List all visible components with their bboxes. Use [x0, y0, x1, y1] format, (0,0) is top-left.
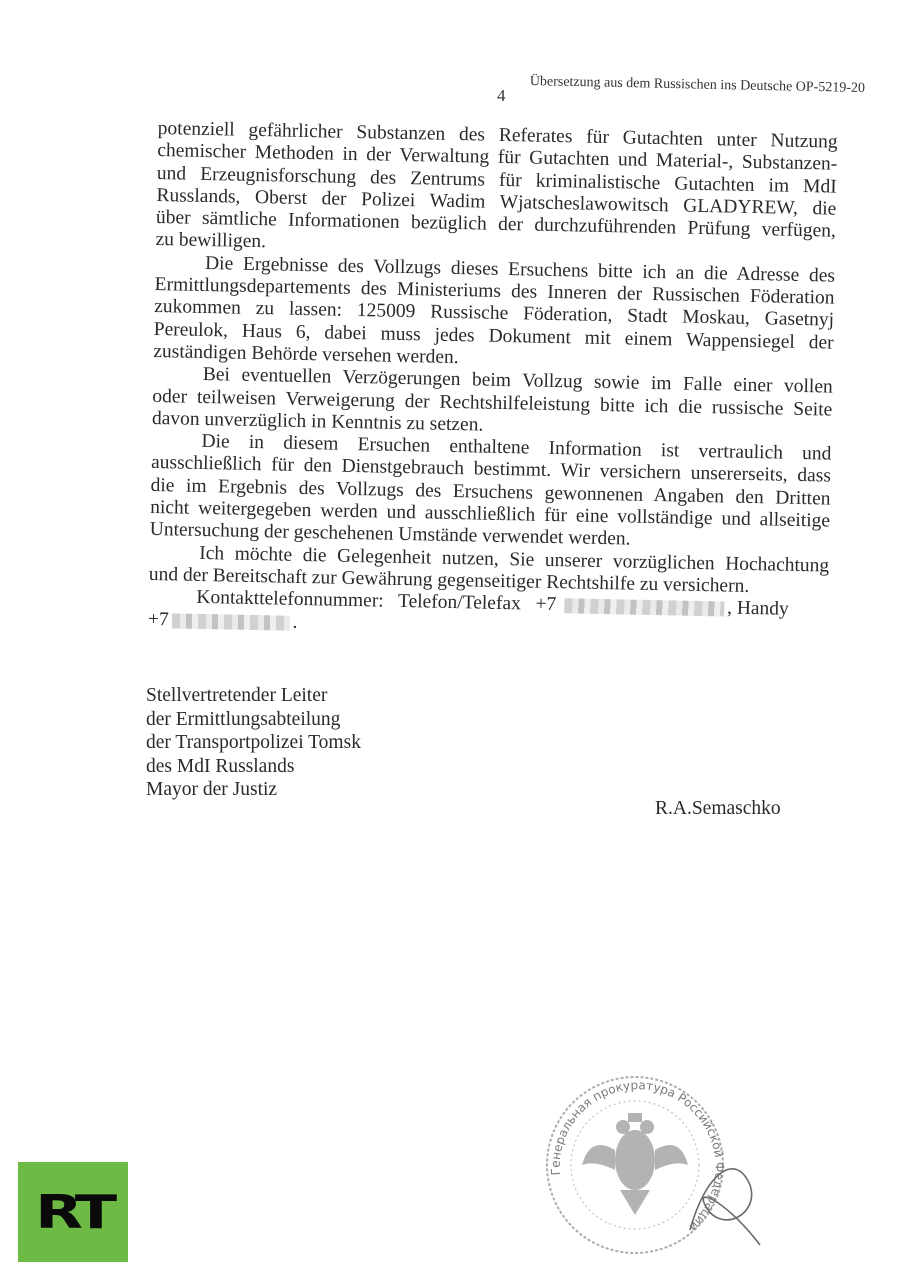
signatory-line: Mayor der Justiz: [146, 778, 361, 802]
signatory-line: der Transportpolizei Tomsk: [146, 731, 361, 755]
letter-body: potenziell gefährlicher Substanzen des R…: [148, 118, 838, 644]
paragraph-4: Die in diesem Ersuchen enthaltene Inform…: [149, 430, 831, 555]
fax-label: Telefon/Telefax: [398, 591, 521, 614]
translation-header: Übersetzung aus dem Russischen ins Deuts…: [530, 74, 865, 97]
signer-name: R.A.Semaschko: [655, 798, 781, 820]
rt-logo: RT: [18, 1162, 128, 1262]
official-seal-icon: Генеральная прокуратура Российской Федер…: [520, 1055, 780, 1255]
handy-prefix: +7: [148, 608, 169, 629]
double-headed-eagle-icon: [582, 1113, 688, 1215]
signatory-line: der Ermittlungsabteilung: [146, 708, 361, 732]
contact-label: Kontakttelefonnummer:: [196, 587, 384, 612]
redacted-fax-number: [564, 599, 724, 617]
signatory-line: Stellvertretender Leiter: [146, 684, 361, 708]
rt-logo-text: RT: [35, 1185, 112, 1239]
paragraph-2: Die Ergebnisse des Vollzugs dieses Ersuc…: [153, 252, 835, 377]
signatory-title: Stellvertretender Leiter der Ermittlungs…: [146, 684, 361, 802]
document-page: Übersetzung aus dem Russischen ins Deuts…: [0, 0, 904, 1280]
signatory-line: des MdI Russlands: [146, 755, 361, 779]
fax-prefix: +7: [535, 594, 556, 615]
period: .: [292, 611, 297, 632]
paragraph-1: potenziell gefährlicher Substanzen des R…: [155, 118, 838, 265]
page-number: 4: [497, 86, 506, 106]
handy-label: , Handy: [727, 598, 789, 620]
redacted-handy-number: [172, 613, 290, 630]
